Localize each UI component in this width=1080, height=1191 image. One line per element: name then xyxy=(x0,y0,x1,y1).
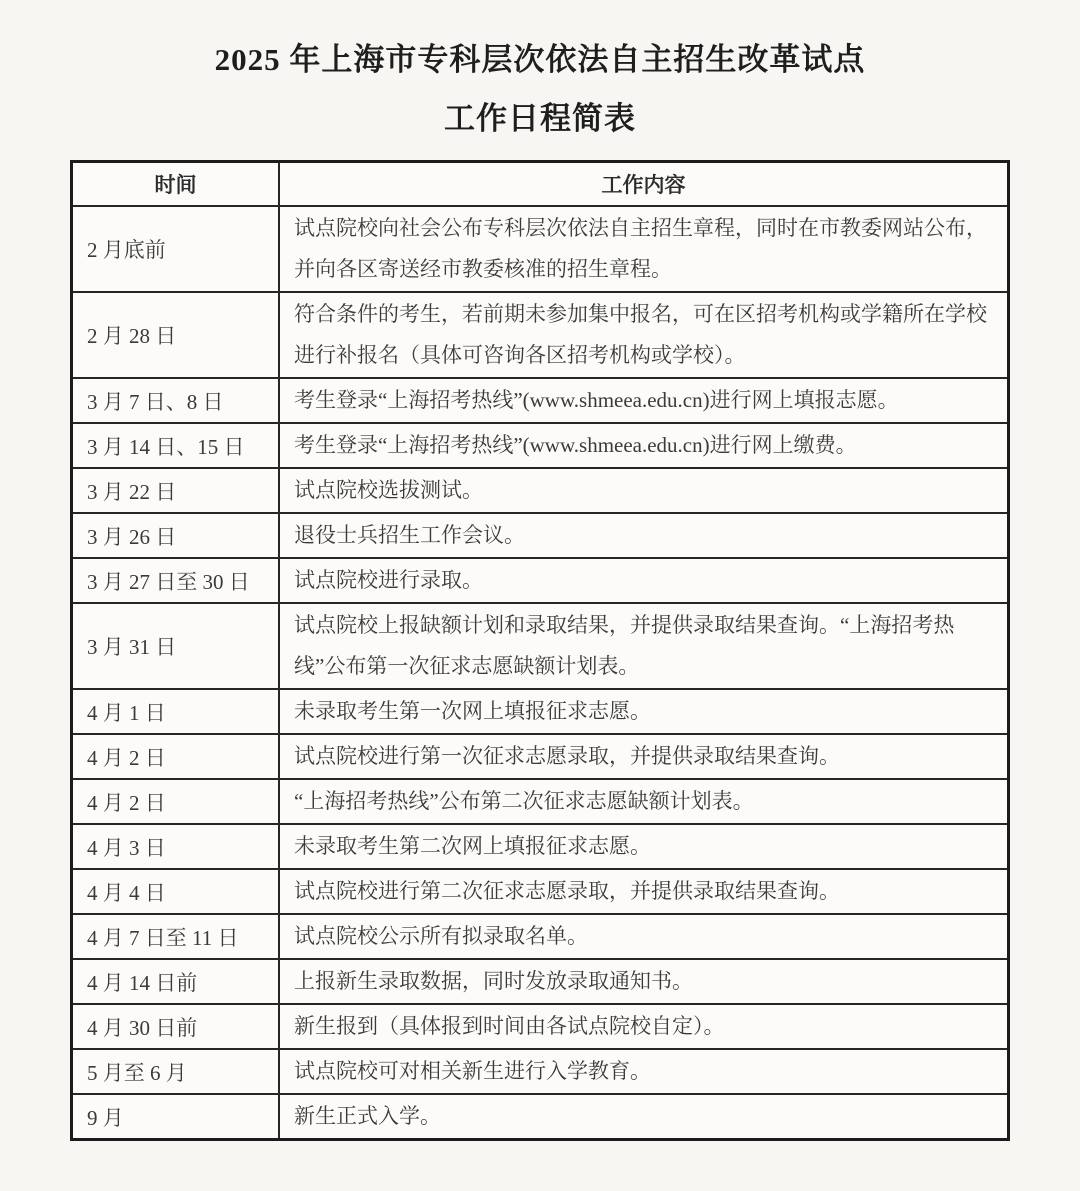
time-cell: 5 月至 6 月 xyxy=(72,1049,280,1094)
content-cell: 试点院校公示所有拟录取名单。 xyxy=(279,914,1009,959)
content-cell: 退役士兵招生工作会议。 xyxy=(279,513,1009,558)
table-row: 3 月 31 日试点院校上报缺额计划和录取结果，并提供录取结果查询。“上海招考热… xyxy=(72,603,1009,689)
content-cell: 未录取考生第一次网上填报征求志愿。 xyxy=(279,689,1009,734)
table-row: 4 月 7 日至 11 日试点院校公示所有拟录取名单。 xyxy=(72,914,1009,959)
time-cell: 2 月底前 xyxy=(72,206,280,292)
time-cell: 4 月 2 日 xyxy=(72,779,280,824)
table-row: 2 月底前试点院校向社会公布专科层次依法自主招生章程，同时在市教委网站公布，并向… xyxy=(72,206,1009,292)
content-cell: 新生报到（具体报到时间由各试点院校自定）。 xyxy=(279,1004,1009,1049)
content-cell: 试点院校上报缺额计划和录取结果，并提供录取结果查询。“上海招考热线”公布第一次征… xyxy=(279,603,1009,689)
time-cell: 3 月 31 日 xyxy=(72,603,280,689)
content-cell: 试点院校进行第一次征求志愿录取，并提供录取结果查询。 xyxy=(279,734,1009,779)
table-row: 4 月 3 日未录取考生第二次网上填报征求志愿。 xyxy=(72,824,1009,869)
time-cell: 3 月 7 日、8 日 xyxy=(72,378,280,423)
header-row: 时间 工作内容 xyxy=(72,162,1009,207)
table-row: 3 月 27 日至 30 日试点院校进行录取。 xyxy=(72,558,1009,603)
content-cell: 试点院校进行录取。 xyxy=(279,558,1009,603)
table-row: 3 月 26 日退役士兵招生工作会议。 xyxy=(72,513,1009,558)
time-cell: 9 月 xyxy=(72,1094,280,1140)
content-cell: 考生登录“上海招考热线”(www.shmeea.edu.cn)进行网上填报志愿。 xyxy=(279,378,1009,423)
time-cell: 4 月 14 日前 xyxy=(72,959,280,1004)
column-header-content: 工作内容 xyxy=(279,162,1009,207)
table-row: 4 月 2 日试点院校进行第一次征求志愿录取，并提供录取结果查询。 xyxy=(72,734,1009,779)
table-row: 4 月 14 日前上报新生录取数据，同时发放录取通知书。 xyxy=(72,959,1009,1004)
table-row: 4 月 4 日试点院校进行第二次征求志愿录取，并提供录取结果查询。 xyxy=(72,869,1009,914)
schedule-table-body: 2 月底前试点院校向社会公布专科层次依法自主招生章程，同时在市教委网站公布，并向… xyxy=(72,206,1009,1140)
time-cell: 4 月 4 日 xyxy=(72,869,280,914)
schedule-table-header: 时间 工作内容 xyxy=(72,162,1009,207)
document-page: 2025 年上海市专科层次依法自主招生改革试点 工作日程简表 时间 工作内容 2… xyxy=(0,0,1080,1191)
table-row: 4 月 1 日未录取考生第一次网上填报征求志愿。 xyxy=(72,689,1009,734)
content-cell: 新生正式入学。 xyxy=(279,1094,1009,1140)
content-cell: 试点院校向社会公布专科层次依法自主招生章程，同时在市教委网站公布，并向各区寄送经… xyxy=(279,206,1009,292)
table-row: 4 月 2 日“上海招考热线”公布第二次征求志愿缺额计划表。 xyxy=(72,779,1009,824)
page-title-line2: 工作日程简表 xyxy=(0,103,1080,134)
table-row: 3 月 14 日、15 日考生登录“上海招考热线”(www.shmeea.edu… xyxy=(72,423,1009,468)
table-row: 4 月 30 日前新生报到（具体报到时间由各试点院校自定）。 xyxy=(72,1004,1009,1049)
content-cell: 未录取考生第二次网上填报征求志愿。 xyxy=(279,824,1009,869)
time-cell: 4 月 7 日至 11 日 xyxy=(72,914,280,959)
time-cell: 2 月 28 日 xyxy=(72,292,280,378)
page-title-line1: 2025 年上海市专科层次依法自主招生改革试点 xyxy=(0,44,1080,75)
table-row: 5 月至 6 月试点院校可对相关新生进行入学教育。 xyxy=(72,1049,1009,1094)
time-cell: 3 月 26 日 xyxy=(72,513,280,558)
content-cell: 试点院校选拔测试。 xyxy=(279,468,1009,513)
time-cell: 4 月 2 日 xyxy=(72,734,280,779)
table-row: 3 月 22 日试点院校选拔测试。 xyxy=(72,468,1009,513)
table-row: 9 月新生正式入学。 xyxy=(72,1094,1009,1140)
time-cell: 4 月 1 日 xyxy=(72,689,280,734)
content-cell: “上海招考热线”公布第二次征求志愿缺额计划表。 xyxy=(279,779,1009,824)
content-cell: 试点院校进行第二次征求志愿录取，并提供录取结果查询。 xyxy=(279,869,1009,914)
time-cell: 4 月 3 日 xyxy=(72,824,280,869)
schedule-table: 时间 工作内容 2 月底前试点院校向社会公布专科层次依法自主招生章程，同时在市教… xyxy=(70,160,1010,1141)
time-cell: 3 月 14 日、15 日 xyxy=(72,423,280,468)
content-cell: 试点院校可对相关新生进行入学教育。 xyxy=(279,1049,1009,1094)
time-cell: 4 月 30 日前 xyxy=(72,1004,280,1049)
content-cell: 考生登录“上海招考热线”(www.shmeea.edu.cn)进行网上缴费。 xyxy=(279,423,1009,468)
content-cell: 上报新生录取数据，同时发放录取通知书。 xyxy=(279,959,1009,1004)
column-header-time: 时间 xyxy=(72,162,280,207)
content-cell: 符合条件的考生，若前期未参加集中报名，可在区招考机构或学籍所在学校进行补报名（具… xyxy=(279,292,1009,378)
time-cell: 3 月 27 日至 30 日 xyxy=(72,558,280,603)
table-row: 2 月 28 日符合条件的考生，若前期未参加集中报名，可在区招考机构或学籍所在学… xyxy=(72,292,1009,378)
table-row: 3 月 7 日、8 日考生登录“上海招考热线”(www.shmeea.edu.c… xyxy=(72,378,1009,423)
time-cell: 3 月 22 日 xyxy=(72,468,280,513)
